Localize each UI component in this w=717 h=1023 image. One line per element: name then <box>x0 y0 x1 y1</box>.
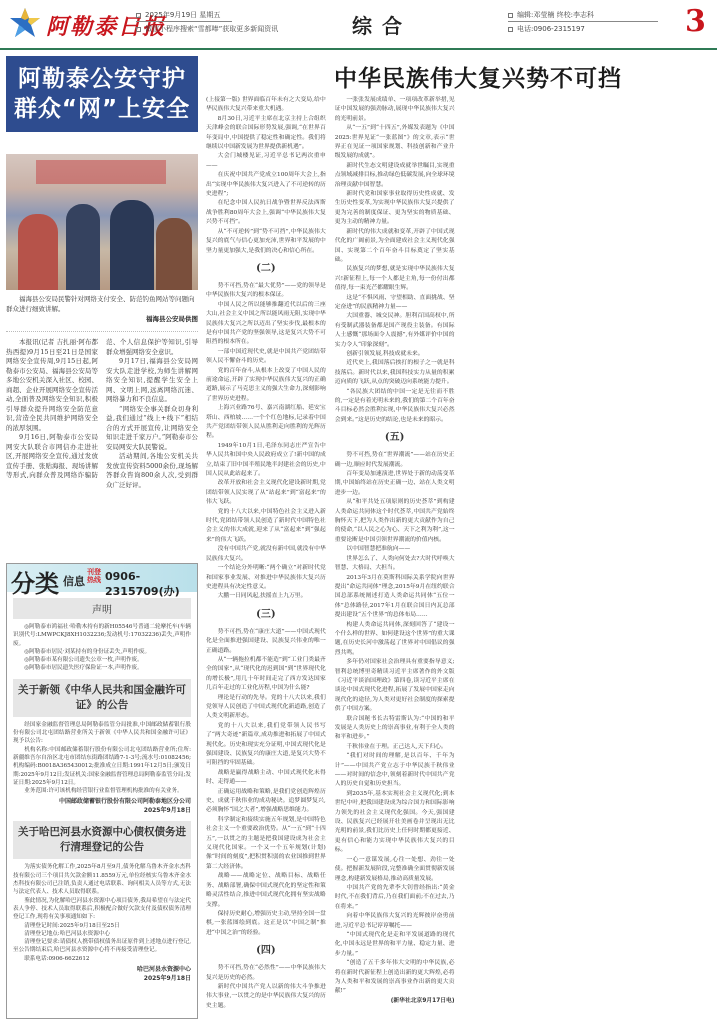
paragraph: 中国共产党的先辈李大钊曾经指出:“黄金时代,不在我们背后,乃在我们面前;不在过去… <box>335 884 455 912</box>
notice-signoff: 哈巴河县水资源中心 2025年9月18日 <box>13 965 191 983</box>
paragraph: 保持历史耐心,增强历史主动,坚持全国一盘棋,一张蓝图绘到底。这正是以“中国之制”… <box>206 910 326 938</box>
classified-label: 分类 <box>11 564 59 599</box>
paragraph: 一心一意谋发展,心往一处想、劲往一处使。把握新发展阶段,完整准确全面贯彻新发展理… <box>335 856 455 884</box>
notice-title: 关于新领《中华人民共和国金融许可证》的公告 <box>13 679 191 717</box>
paragraph: 为落实债务化解工作,2025年8月至9月,债务化解乌鲁木齐金水杰科技有限公司三个… <box>13 863 191 896</box>
paragraph: 新时代中国共产党人以新的伟大斗争推进伟大事业,一以贯之的是中华民族伟大复兴的历史… <box>206 983 326 1011</box>
paragraph: 2013年3月在莫斯科国际关系学院向世界提出“命运共同体”理念,2015年9月在… <box>335 574 455 621</box>
left-story-headline: 阿勒泰公安守护 群众“网”上安全 <box>6 56 198 132</box>
page-number: 3 <box>685 4 706 39</box>
paragraph: “我们对时间的理解,是以百年、千年为计”——中国共产党立志于中华民族千秋伟业——… <box>335 752 455 790</box>
paragraph: 到2035年,基本实现社会主义现代化;到本世纪中叶,把我国建设成为综合国力和国际… <box>335 790 455 856</box>
paragraph: 以中国智慧把准航向—— <box>335 545 455 554</box>
paragraph: 势不可挡,势在“世界潮流”——站在历史正确一边,顺应时代发展潮流。 <box>335 451 455 470</box>
bullet-square-icon <box>136 13 141 18</box>
paragraph: 科学制定和接续实施五年规划,是中国特色社会主义一个重要政治优势。从“一五”到“十… <box>206 816 326 872</box>
paragraph: 本报讯(记者 吉扎丽·阿布都热西提)9月15日至21日是国家网络安全宣传周,9月… <box>6 338 98 433</box>
bullet-square-icon <box>508 13 513 18</box>
paragraph: 近代史上,我国落后挨打的根子之一就是科技落后。新时代以来,我国科技实力从量的积累… <box>335 359 455 387</box>
section-heading: (四) <box>206 938 326 964</box>
paragraph: 势不可挡,势在“最大优势”——党的领导是中华民族伟大复兴的根本保证。 <box>206 282 326 301</box>
paragraph: 清理登记地点:哈巴河县水资源中心 <box>13 930 191 938</box>
paragraph: 千秋伟业在于理。正己达人,天下归心。 <box>335 743 455 752</box>
paragraph: 构建人类命运共同体,深刻回答了“建设一个什么样的世界、如何建设这个世界”的重大课… <box>335 621 455 659</box>
paragraph: 一个结论分外明晰:“两个确立”对新时代党和国家事业发展、对推进中华民族伟大复兴历… <box>206 564 326 592</box>
hotline-label: 刊登热线 <box>87 568 101 584</box>
notice-title: 关于哈巴河县水资源中心债权债务进行清理登记的公告 <box>13 821 191 859</box>
notice-body: ◎阿勒泰市鸿福社·哈勒木持有的新H05546号普通二轮摩托车(车辆识别代号:LM… <box>13 623 191 673</box>
paragraph: 党的十八大以来,我们党带领人民书写了“两大奇迹”新篇章,成功推进和拓展了中国式现… <box>206 722 326 769</box>
paragraph: 大鹏一日同风起,扶摇直上九万里。 <box>206 592 326 601</box>
notice-title: 声明 <box>13 598 191 619</box>
paragraph: 新时代党和国家事业取得历史性成就、发生历史性变革,为实现中华民族伟大复兴提供了更… <box>335 190 455 228</box>
paragraph: 党的十八大以来,中国特色社会主义进入新时代,党团结带领人民创造了新时代中国特色社… <box>206 508 326 546</box>
divider <box>6 331 198 332</box>
classified-ads-section: 分类 信息 刊登热线 0906-2315709(办) 声明 ◎阿勒泰市鸿福社·哈… <box>6 563 198 1019</box>
paragraph: 民族复兴的梦想,就是实现中华民族伟大复兴!新征程上,每一个人都是主角,每一份付出… <box>335 265 455 293</box>
paragraph: 理论是行动的先导。党的十八大以来,我们党领导人民创造了中国式现代化新道路,创造了… <box>206 694 326 722</box>
section-heading: (三) <box>206 602 326 628</box>
signoff-date: 2025年9月18日 <box>13 806 191 815</box>
paragraph: ◎阿勒泰市居民遗失医疗保险证一本,声明作废。 <box>13 664 191 672</box>
notice-body: 为落实债务化解工作,2025年8月至9月,债务化解乌鲁木齐金水杰科技有限公司三个… <box>13 863 191 963</box>
article-byline: (新华社北京9月17日电) <box>335 997 455 1006</box>
paragraph: 联合国秘书长古特雷斯认为:“中国的和平发展是人类历史上的崇高事业,有利于全人类的… <box>335 715 455 743</box>
notice-signoff: 中国邮政储蓄银行股份有限公司阿勒泰地区分公司 2025年9月18日 <box>13 797 191 815</box>
headline-line-2: 群众“网”上安全 <box>10 94 194 124</box>
paragraph: 中国人民之所以能够推翻近代以后的三座大山,社会主义中国之所以能风雨无阻,实现中华… <box>206 301 326 348</box>
classified-banner: 分类 信息 刊登热线 0906-2315709(办) <box>7 564 197 592</box>
masthead: 阿勒泰日报 2025年9月19日 星期五 微信小程序搜索“雪都唪”获取更多新闻资… <box>0 0 717 50</box>
bullet-square-icon <box>136 27 141 32</box>
editor-info: 编辑:邓莹楠 终校:李志科 电话:0906-2315197 <box>508 8 658 36</box>
bullet-square-icon <box>508 27 513 32</box>
paragraph: 一张张发展成绩单、一项项改革新举措,见证中国发展的强劲脉动,展现中华民族伟大复兴… <box>335 96 455 124</box>
paragraph: 势不可挡,势在“必然性”——中华民族伟大复兴是历史的必然。 <box>206 964 326 983</box>
wechat-promo: 微信小程序搜索“雪都唪”获取更多新闻资讯 <box>145 25 278 33</box>
paragraph: 新时代的伟大成就和变革,开辟了中国式现代化的广阔前景,为全面建成社会主义现代化强… <box>335 228 455 266</box>
paragraph: 战略是赢得战略主动、中国式现代化未得时、走得通—— <box>206 769 326 788</box>
paragraph: 新时代生态文明建设成就举世瞩目,实现重点领域减排目标,推动绿色低碳发展,向全球环… <box>335 162 455 190</box>
photo-credit: 福海县公安局供图 <box>6 314 198 323</box>
paragraph: 从“一五”到“十四五”,外媒发表题为《中国2025:世界见证“一张蓝图”》的文章… <box>335 124 455 162</box>
paragraph: “创造了五千多年伟大文明的中华民族,必将在新时代新征程上创造出新的更大辉煌,必将… <box>335 959 455 997</box>
paragraph: 战略——战略定位、战略目标、战略任务、战略部署,确保中国式现代化的坚定性和策略灵… <box>206 872 326 910</box>
paragraph: “网络安全事关群众切身利益,我们通过“线上+线下”相结合的方式开展宣传,让网络安… <box>106 405 198 453</box>
notice-body: 经国家金融监督管理总局阿勒泰监管分局批准,中国邮政储蓄银行股份有限公司北屯团结路… <box>13 721 191 796</box>
paragraph: 8月30日,习近平主席在北京主持上合组织天津峰会的联合国际形势发展,强调,“在世… <box>206 115 326 153</box>
paragraph: 势不可挡,势在“康庄大道”——中国式现代化是全面推进强国建设、民族复兴伟业的唯一… <box>206 628 326 656</box>
paragraph: ◎阿勒泰市鸿福社·哈勒木持有的新H05546号普通二轮摩托车(车辆识别代号:LM… <box>13 623 191 648</box>
paragraph: 活动期间,各地公安机关共发放宣传资料5000余份,现场解答群众咨询800余人次,… <box>106 452 198 490</box>
main-article-headline: 中华民族伟大复兴势不可挡 <box>246 60 710 93</box>
paragraph: 业务范围:许可该机构经营银行业监督管理机构批准的有关业务。 <box>13 787 191 795</box>
news-photo <box>6 154 198 290</box>
paragraph: ◎阿勒泰市某有限公司遗失公章一枚,声明作废。 <box>13 656 191 664</box>
paragraph: 在纪念中国人民抗日战争暨世界反法西斯战争胜利80周年大会上,强调“中华民族伟大复… <box>206 199 326 227</box>
section-heading: (二) <box>206 256 326 282</box>
paragraph: 一部中国近现代史,就是中国共产党团结带领人民不懈奋斗的历史。 <box>206 348 326 367</box>
newspaper-logo-icon <box>8 6 42 40</box>
paragraph: 鉴此情况,为化解哈巴河县水资源中心项目债务,我局希望在与法定代表人争停、技术人员… <box>13 897 191 922</box>
paragraph: 上海兴业路76号、嘉兴南湖红船、延安宝塔山、西柏坡……一个个红色地标,记录着中国… <box>206 404 326 442</box>
paragraph: 9月17日,福海县公安局网安大队走进学校,为师生讲解网络安全知识,提醒学生安全上… <box>106 357 198 405</box>
paragraph: 机构名称:中国邮政储蓄银行股份有限公司北屯团结路营业所;住所:新疆维吾尔自治区北… <box>13 746 191 787</box>
main-article-body: (上接第一版) 世界面临百年未有之大变局,给中华民族伟大复兴带来重大机遇。 8月… <box>206 96 712 1018</box>
lead-paragraph: (上接第一版) 世界面临百年未有之大变局,给中华民族伟大复兴带来重大机遇。 <box>206 96 326 115</box>
paragraph: 经国家金融监督管理总局阿勒泰监管分局批准,中国邮政储蓄银行股份有限公司北屯团结路… <box>13 721 191 746</box>
paragraph: 联系电话:0906-6622612 <box>13 955 191 963</box>
paragraph: 创新引领发展,科技成就未来。 <box>335 350 455 359</box>
paragraph: 这是“不惧风雨、守望相助、直面挑战、坚定奋进”的民族精神力量—— <box>335 294 455 313</box>
paragraph: 清理登记时间:2025年9月18日至25日 <box>13 922 191 930</box>
paragraph: 没有中国共产党,就没有新中国,就没有中华民族伟大复兴。 <box>206 545 326 564</box>
paragraph: 在庆祝中国共产党成立100周年大会上,指出“实现中华民族伟大复兴进入了不可逆转的… <box>206 171 326 199</box>
paragraph: “各民族大团结的中国一定是无往而不胜的,一定是有着光明未来的,我们的第二个百年奋… <box>335 388 455 426</box>
paragraph: 从“和平共处五项原则的历史荟萃”到构建人类命运共同体这个时代荟萃,中国共产党始终… <box>335 498 455 545</box>
paragraph: 正确运用战略和策略,是我们党创造辉煌历史、成就千秋伟业的成功秘诀。追梦圆梦复兴,… <box>206 788 326 816</box>
paragraph: 向着中华民族伟大复兴的光辉彼岸奋勇前进,习近平总书记谆谆嘱托—— <box>335 912 455 931</box>
paragraph: 从“一辆拖拉机都不能造”到“工业门类最齐全的国家”,从“现代化的迟到国”到“世界… <box>206 656 326 694</box>
signoff-date: 2025年9月18日 <box>13 974 191 983</box>
left-story-body: 本报讯(记者 吉扎丽·阿布都热西提)9月15日至21日是国家网络安全宣传周,9月… <box>6 338 198 600</box>
paragraph: 百年变局加速演进,世界处于新的动荡变革期,中国始终站在历史正确一边、站在人类文明… <box>335 470 455 498</box>
headline-line-1: 阿勒泰公安守护 <box>10 64 194 94</box>
photo-caption: 福海县公安局民警针对网络支付安全、防范钓鱼网站等问题向群众进行细致讲解。 <box>6 294 198 314</box>
phone-line: 电话:0906-2315197 <box>517 25 585 33</box>
editor-line: 编辑:邓莹楠 终校:李志科 <box>517 11 594 19</box>
paragraph: 大会门城楼见证,习近平总书记两次重申—— <box>206 152 326 171</box>
paragraph: ◎阿勒泰市居民·刘某持有的身份证丢失,声明作废。 <box>13 648 191 656</box>
paragraph: 世界怎么了、人类向何处去?大时代呼唤大智慧、大格局、大担当。 <box>335 555 455 574</box>
hotline-phone: 0906-2315709(办) <box>105 570 197 599</box>
signoff-org: 哈巴河县水资源中心 <box>13 965 191 974</box>
issue-date: 2025年9月19日 星期五 <box>145 11 220 19</box>
section-heading: (五) <box>335 425 455 451</box>
left-news-story: 阿勒泰公安守护 群众“网”上安全 福海县公安局民警针对网络支付安全、防范钓鱼网站… <box>6 56 198 600</box>
classified-info-label: 信息 <box>63 573 85 589</box>
paragraph: 改革开放和社会主义现代化建设新时期,党团结带领人民实现了从“站起来”到“富起来”… <box>206 479 326 507</box>
paragraph: 多年仍对国家社会治理具有重要指导意义;智利总统博里奇精读习近平主席著作的外文版《… <box>335 658 455 714</box>
signoff-org: 中国邮政储蓄银行股份有限公司阿勒泰地区分公司 <box>13 797 191 806</box>
paragraph: “中国式现代化是走和平发展道路的现代化,中国永远是世界的和平力量、稳定力量、进步… <box>335 931 455 959</box>
paragraph: 党的百年奋斗,从根本上改变了中国人民的前途命运,开辟了实现中华民族伟大复兴的正确… <box>206 367 326 405</box>
section-title: 综合 <box>352 10 412 39</box>
paragraph: 清理登记要求:请债权人携带债权债务出证原件到上述地点进行登记,至公告期结束后,哈… <box>13 938 191 955</box>
paragraph: 从“不可逆转”到“势不可挡”,中华民族伟大复兴的底气与信心更加充沛,世界和平发展… <box>206 228 326 256</box>
paragraph: 大国重器、城交民神。胆利百国高权中,所有受制武器装备都是国产现役主装备。有国际人… <box>335 312 455 350</box>
paragraph: 1949年10月1日,毛泽东同志庄严宣告中华人民共和国中央人民政府成立了!新中国… <box>206 442 326 480</box>
masthead-info: 2025年9月19日 星期五 微信小程序搜索“雪都唪”获取更多新闻资讯 <box>136 8 232 36</box>
